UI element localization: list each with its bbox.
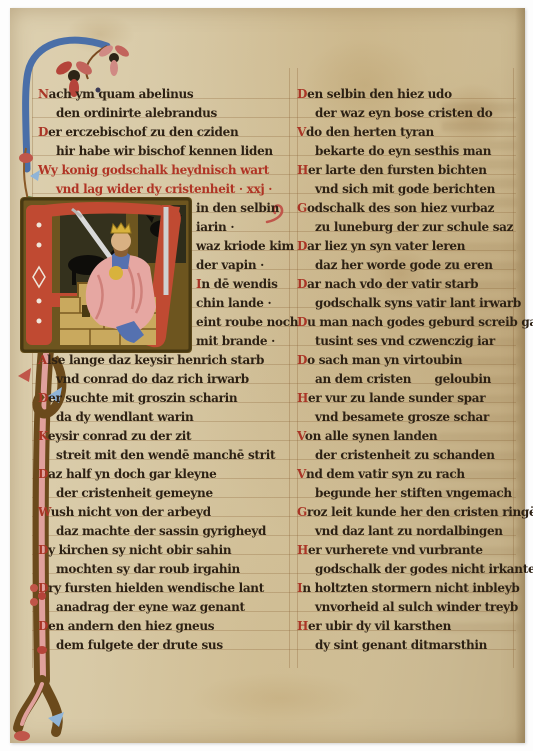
verse-line: Vnd dem vatir syn zu rach — [297, 465, 523, 484]
ivy-leaf-icon — [48, 712, 64, 727]
verse-line: Keysir conrad zu der zit — [38, 427, 290, 446]
crown-icon — [111, 223, 131, 233]
bar-curl-inner — [22, 684, 42, 724]
verse-line: Dy kirchen sy nicht obir sahin — [38, 541, 290, 560]
flower-icon — [14, 731, 30, 741]
verse-line: der vapin · — [196, 256, 290, 275]
verse-line: Dry fursten hielden wendische lant — [38, 579, 290, 598]
verse-line: godschalk der godes nicht irkante — [297, 560, 523, 579]
verse-line: streit mit den wendē manchē strit — [38, 446, 290, 465]
verse-line: vnd conrad do daz rich irwarb — [38, 370, 290, 389]
vine-tendril — [86, 46, 107, 79]
verse-line: Daz half yn doch gar kleyne — [38, 465, 290, 484]
leaf-icon — [18, 368, 31, 382]
verse-line: dy sint genant ditmarsthin — [297, 636, 523, 655]
photo-frame: Nach ym quam abelinusden ordinirte alebr… — [0, 0, 533, 751]
manuscript-page: Nach ym quam abelinusden ordinirte alebr… — [10, 8, 525, 743]
verse-line: begunde her stiften vngemach — [297, 484, 523, 503]
verse-line: eint roube noch — [196, 313, 290, 332]
verse-line: Dar nach vdo der vatir starb — [297, 275, 523, 294]
verse-line: Von alle synen landen — [297, 427, 523, 446]
verse-group-top: Nach ym quam abelinusden ordinirte alebr… — [38, 85, 290, 199]
verse-line: chin lande · — [196, 294, 290, 313]
verse-line: vnvorheid al sulch winder treyb — [297, 598, 523, 617]
verse-line: vnd daz lant zu nordalbingen — [297, 522, 523, 541]
verse-line: mit brande · — [196, 332, 290, 351]
verse-line: mochten sy dar roub irgahin — [38, 560, 290, 579]
verse-line: der waz eyn bose cristen do — [297, 104, 523, 123]
verse-line: waz kriode kim — [196, 237, 290, 256]
verse-line: Alse lange daz keysir henrich starb — [38, 351, 290, 370]
verse-line: godschalk syns vatir lant irwarb — [297, 294, 523, 313]
verse-line: zu luneburg der zur schule saz — [297, 218, 523, 237]
verse-line: der cristenheit gemeyne — [38, 484, 290, 503]
verse-group-bottom: Alse lange daz keysir henrich starbvnd c… — [38, 351, 290, 655]
verse-line: hir habe wir bischof kennen liden — [38, 142, 290, 161]
vertical-rule — [32, 68, 33, 668]
verse-line: Der suchte mit groszin scharin — [38, 389, 290, 408]
verse-line: vnd sich mit gode berichten — [297, 180, 523, 199]
verse-line: in den selbin — [196, 199, 290, 218]
text-column-left: Nach ym quam abelinusden ordinirte alebr… — [38, 85, 290, 655]
illuminated-initial-A — [20, 197, 192, 353]
text-column-right: Den selbin den hiez udoder waz eyn bose … — [297, 85, 523, 655]
verse-line: Den andern den hiez gneus — [38, 617, 290, 636]
verse-line: der cristenheit zu schanden — [297, 446, 523, 465]
verse-line: Her vurherete vnd vurbrante — [297, 541, 523, 560]
verse-line: den ordinirte alebrandus — [38, 104, 290, 123]
verse-line: Groz leit kunde her den cristen ringē — [297, 503, 523, 522]
verse-line: In holtzten stormern nicht inbleyb — [297, 579, 523, 598]
verse-group-beside-initial: in den selbiniarin ·waz kriode kimder va… — [196, 199, 290, 351]
verse-line: an dem cristen geloubin — [297, 370, 523, 389]
verse-line: Der erczebischof zu den cziden — [38, 123, 290, 142]
verse-line: bekarte do eyn sesthis man — [297, 142, 523, 161]
verse-line: da dy wendlant warin — [38, 408, 290, 427]
flower-icon — [97, 43, 131, 76]
verse-line: Do sach man yn virtoubin — [297, 351, 523, 370]
verse-line: iarin · — [196, 218, 290, 237]
verse-line: Wush nicht von der arbeyd — [38, 503, 290, 522]
verse-line: Den selbin den hiez udo — [297, 85, 523, 104]
verse-line: Dar liez yn syn vater leren — [297, 237, 523, 256]
verse-line: Wy konig godschalk heydnisch wart — [38, 161, 290, 180]
verse-line: Godschalk des son hiez vurbaz — [297, 199, 523, 218]
hand-orb — [109, 266, 123, 280]
verse-line: anadrag der eyne waz genant — [38, 598, 290, 617]
verse-line: Nach ym quam abelinus — [38, 85, 290, 104]
initial-row: in den selbiniarin ·waz kriode kimder va… — [38, 199, 290, 351]
verse-line: dem fulgete der drute sus — [38, 636, 290, 655]
verse-line: daz her worde gode zu eren — [297, 256, 523, 275]
verse-line: daz machte der sassin gyrigheyd — [38, 522, 290, 541]
flower-icon — [19, 153, 33, 163]
verse-line: Her vur zu lande sunder spar — [297, 389, 523, 408]
verse-line: In dē wendis — [196, 275, 290, 294]
parchment-stain — [65, 14, 135, 54]
verse-line: Her larte den fursten bichten — [297, 161, 523, 180]
verse-line: tusint ses vnd czwenczig iar — [297, 332, 523, 351]
parchment-stain — [190, 673, 370, 723]
verse-line: Du man nach godes geburd screib gar — [297, 313, 523, 332]
verse-line: vnd besamete grosze schar — [297, 408, 523, 427]
verse-line: Her ubir dy vil karsthen — [297, 617, 523, 636]
bar-curl-bottom — [18, 680, 58, 732]
verse-line: Vdo den herten tyran — [297, 123, 523, 142]
